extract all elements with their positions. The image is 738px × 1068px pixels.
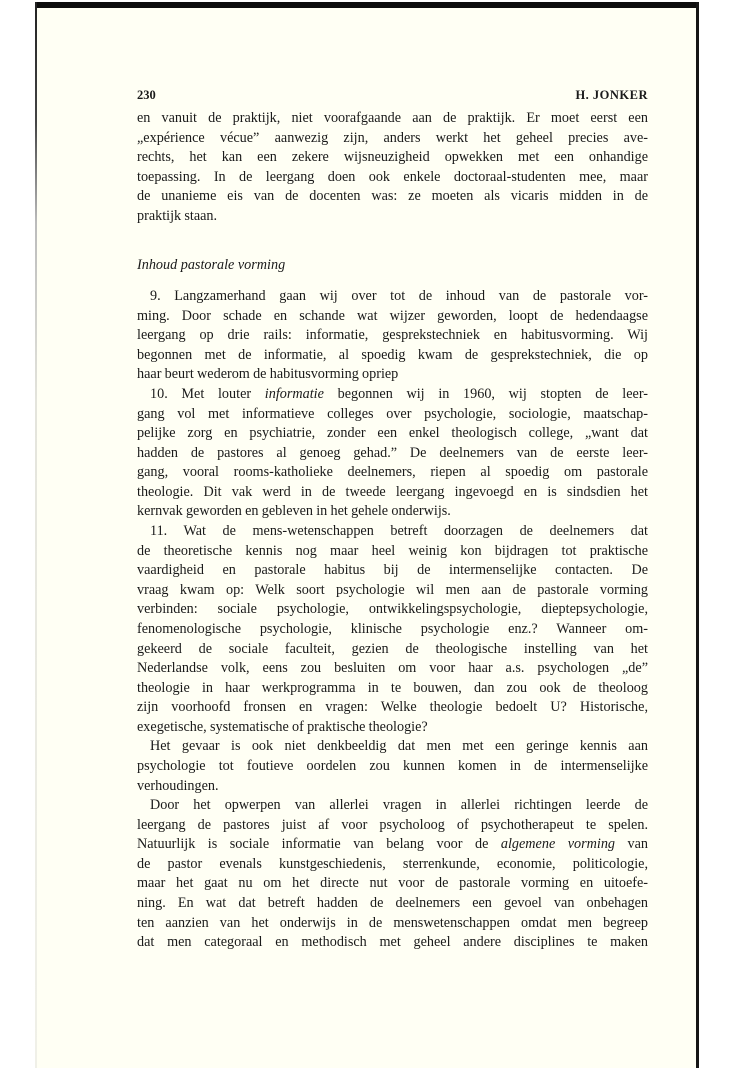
text-line: vaardigheid en pastorale habitus bij de … [137,561,648,580]
running-header: 230 H. JONKER [137,88,648,106]
text-line: hadden de pastores al genoeg gehad.” De … [137,444,648,463]
emphasis-text: informatie [265,386,324,402]
text-line: Door het opwerpen van allerlei vragen in… [150,796,648,815]
text-line: vraag kwam op: Welk soort psychologie wi… [137,581,648,600]
text-line: psychologie tot foutieve oordelen zou ku… [137,757,648,776]
running-header-author: H. JONKER [575,88,648,103]
text-line: gang, vooral rooms-katholieke deelnemers… [137,463,648,482]
text-line: 11. Wat de mens-wetenschappen betreft do… [150,522,648,541]
text-line: gekeerd de sociale faculteit, gezien de … [137,640,648,659]
text-line: begonnen met de informatie, al spoedig k… [137,346,648,365]
text-line: kernvak geworden en gebleven in het gehe… [137,502,648,521]
text-line: haar beurt wederom de habitusvorming opr… [137,365,648,384]
text-line: dat men categoraal en methodisch met geh… [137,933,648,952]
text-line: de unanieme eis van de docenten was: ze … [137,187,648,206]
emphasis-text: algemene vorming [501,836,615,852]
text-span: van [615,836,648,852]
page-border-right [696,2,699,1068]
text-line: verhoudingen. [137,777,648,796]
page-border-left [35,2,37,1068]
page-border-top [36,2,699,8]
text-line: Nederlandse volk, eens zou besluiten om … [137,659,648,678]
page-number: 230 [137,88,156,103]
text-line: ning. En wat dat betreft hadden de deeln… [137,894,648,913]
text-line: ming. Door schade en schande wat wijzer … [137,307,648,326]
text-line: „expérience vécue” aanwezig zijn, anders… [137,129,648,148]
text-line: rechts, het kan een zekere wijsneuzighei… [137,148,648,167]
text-line: zijn voorhoofd fronsen en vragen: Welke … [137,698,648,717]
text-line: en vanuit de praktijk, niet voorafgaande… [137,109,648,128]
text-line: pelijke zorg en psychiatrie, zonder een … [137,424,648,443]
text-line: 10. Met louter informatie begonnen wij i… [150,385,648,404]
text-line: leergang op drie rails: informatie, gesp… [137,326,648,345]
text-line: Het gevaar is ook niet denkbeeldig dat m… [150,737,648,756]
text-span: begonnen wij in 1960, wij stopten de lee… [324,386,648,402]
text-line: fenomenologische psychologie, klinische … [137,620,648,639]
text-line: maar het gaat nu om het directe nut voor… [137,874,648,893]
text-line: exegetische, systematische of praktische… [137,718,648,737]
text-line: theologie in haar werkprogramma in te bo… [137,679,648,698]
text-line: 9. Langzamerhand gaan wij over tot de in… [150,287,648,306]
text-line: de pastor evenals kunstgeschiedenis, ste… [137,855,648,874]
text-line: verbinden: sociale psychologie, ontwikke… [137,600,648,619]
text-line: gang vol met informatieve colleges over … [137,405,648,424]
text-line: praktijk staan. [137,207,648,226]
section-heading: Inhoud pastorale vorming [137,256,285,275]
text-line: leergang de pastores juist af voor psych… [137,816,648,835]
text-line: ten aanzien van het onderwijs in de mens… [137,914,648,933]
text-line: toepassing. In de leergang doen ook enke… [137,168,648,187]
text-line: theologie. Dit vak werd in de tweede lee… [137,483,648,502]
text-line: Natuurlijk is sociale informatie van bel… [137,835,648,854]
text-line: de theoretische kennis nog maar heel wei… [137,542,648,561]
text-span: 10. Met louter [150,386,265,402]
text-span: Natuurlijk is sociale informatie van bel… [137,836,501,852]
